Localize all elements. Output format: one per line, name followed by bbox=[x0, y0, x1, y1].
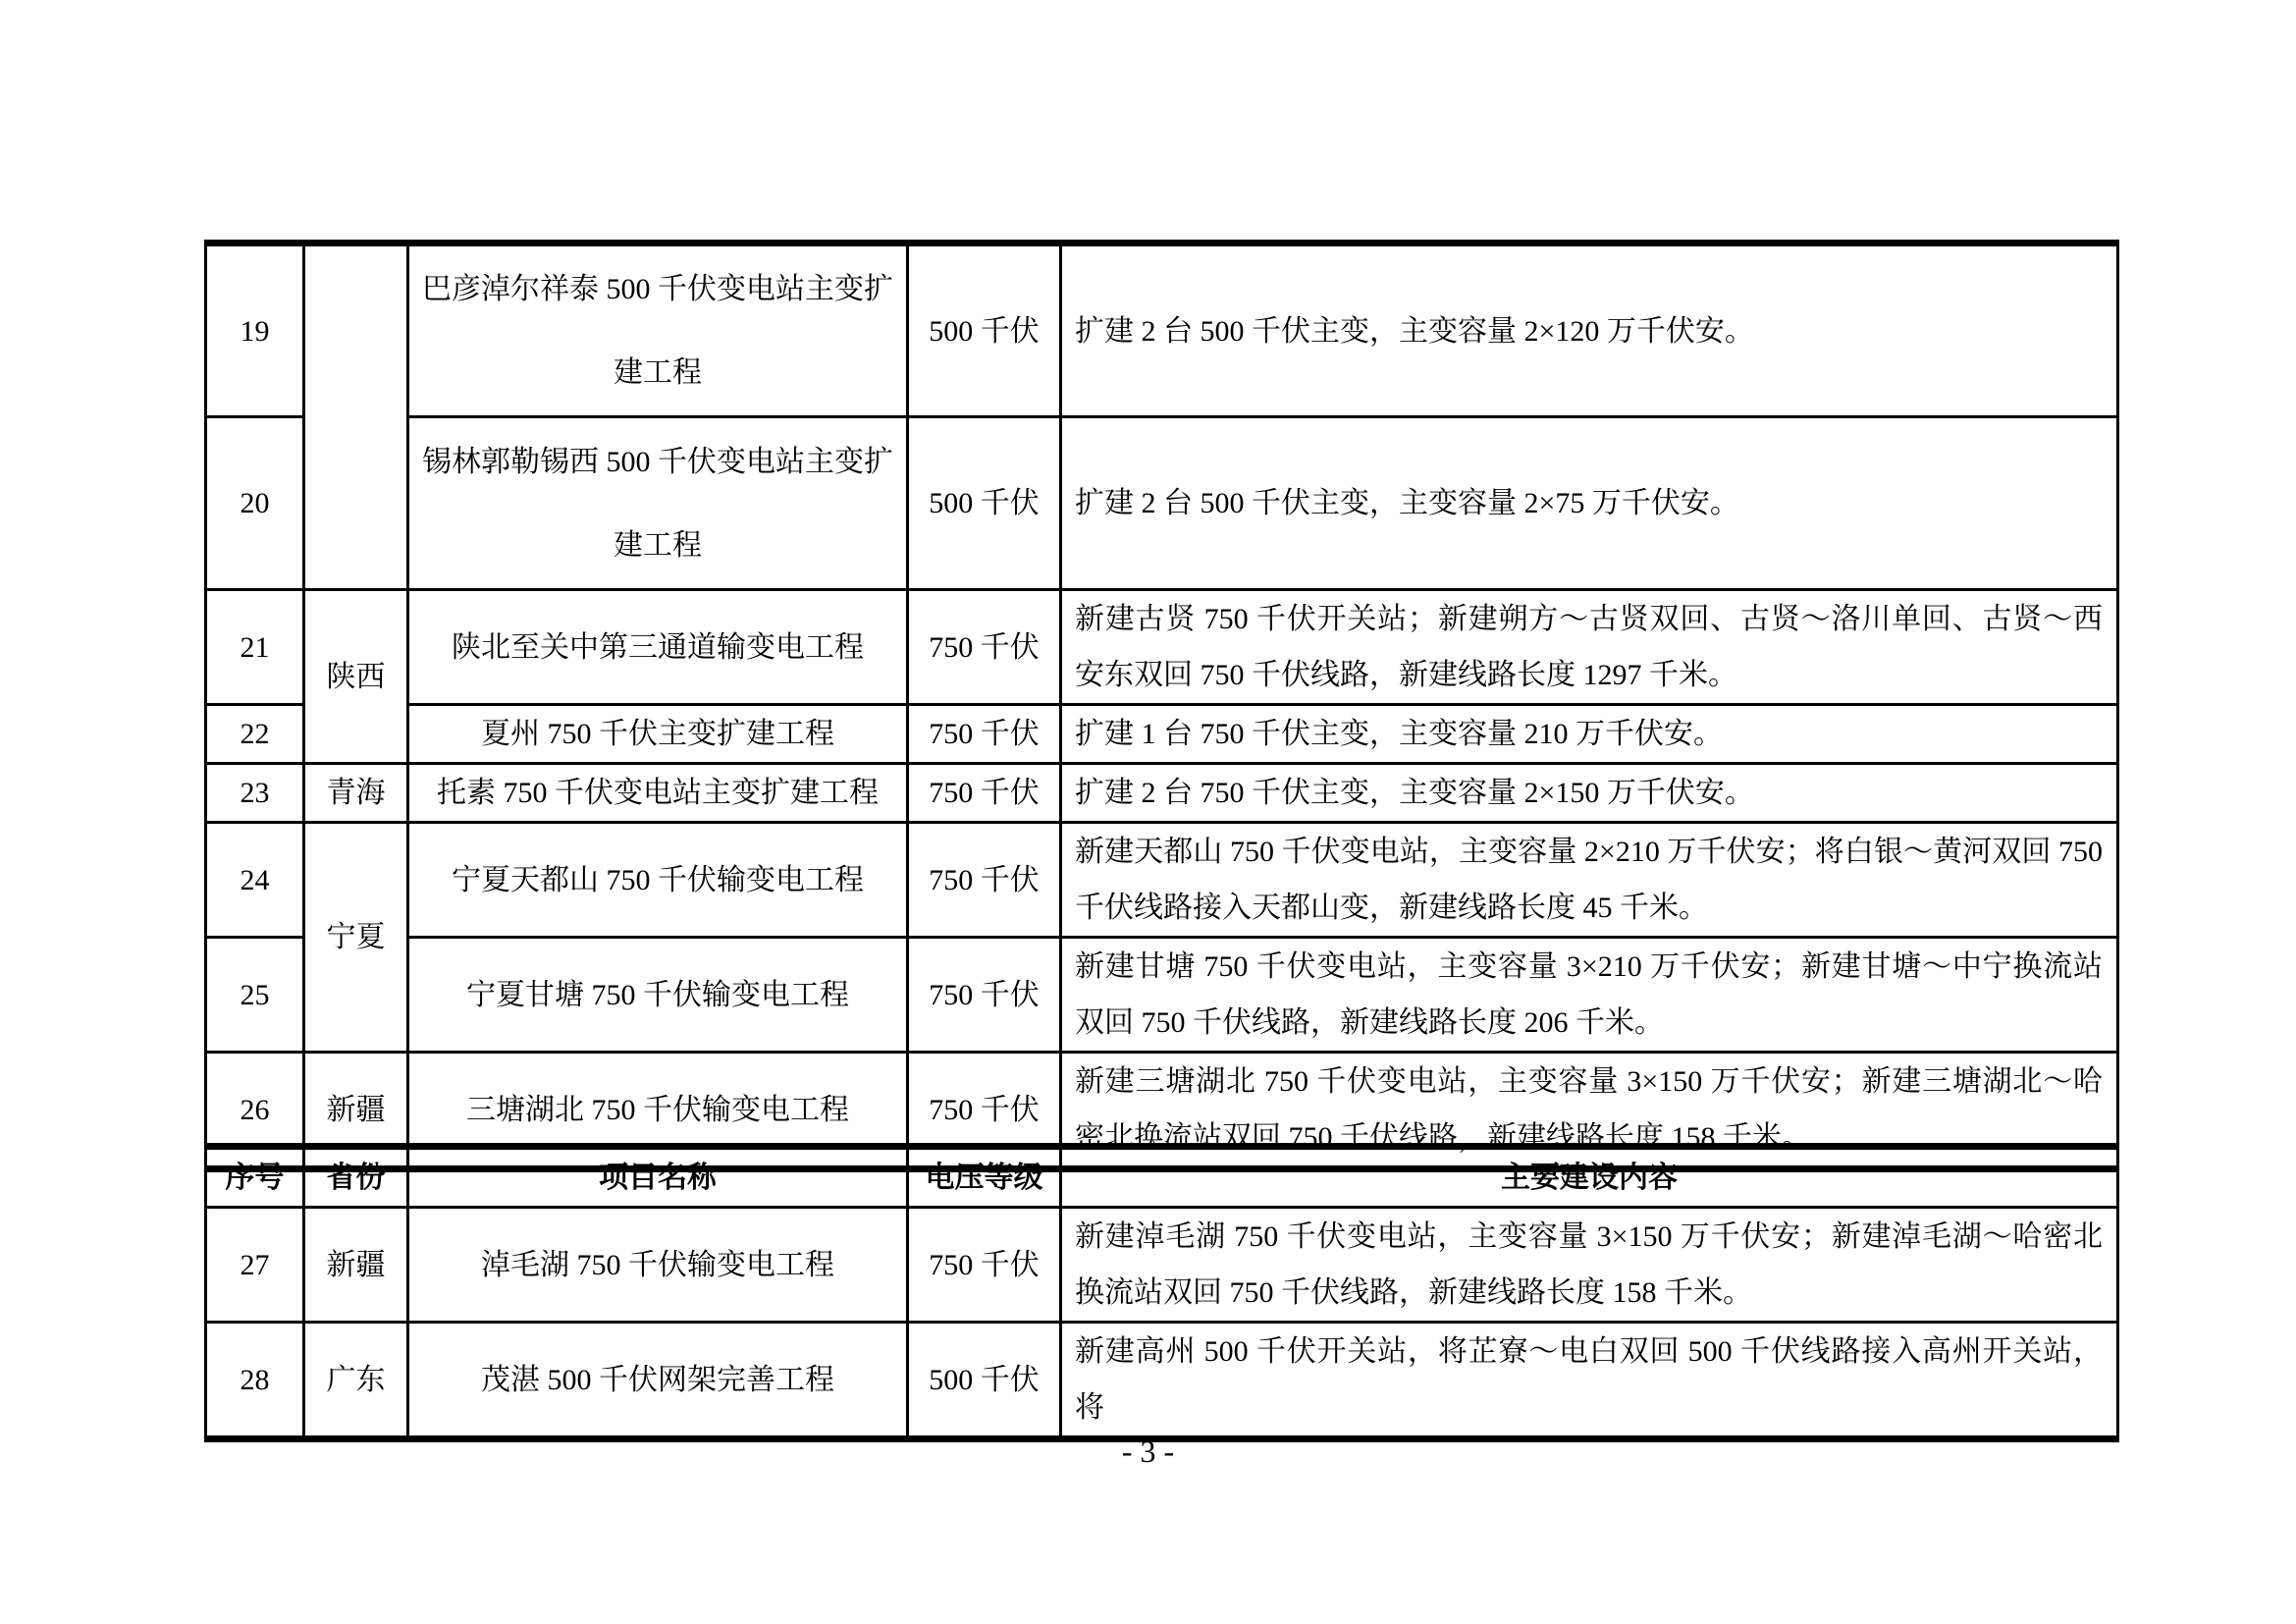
cell-serial: 28 bbox=[206, 1323, 304, 1439]
projects-table-continued: 19 巴彦淖尔祥泰 500 千伏变电站主变扩建工程 500 千伏 扩建 2 台 … bbox=[204, 240, 2119, 1172]
cell-serial: 22 bbox=[206, 705, 304, 764]
cell-voltage: 750 千伏 bbox=[908, 590, 1061, 705]
table-header-row: 序号 省份 项目名称 电压等级 主要建设内容 bbox=[206, 1147, 2118, 1208]
cell-content: 扩建 2 台 500 千伏主变，主变容量 2×75 万千伏安。 bbox=[1061, 417, 2118, 590]
header-content: 主要建设内容 bbox=[1061, 1147, 2118, 1208]
cell-content: 新建古贤 750 千伏开关站；新建朔方～古贤双回、古贤～洛川单回、古贤～西安东双… bbox=[1061, 590, 2118, 705]
cell-voltage: 500 千伏 bbox=[908, 244, 1061, 417]
cell-serial: 23 bbox=[206, 764, 304, 823]
cell-serial: 27 bbox=[206, 1208, 304, 1323]
cell-project-name: 茂湛 500 千伏网架完善工程 bbox=[408, 1323, 908, 1439]
cell-content: 新建天都山 750 千伏变电站，主变容量 2×210 万千伏安；将白银～黄河双回… bbox=[1061, 823, 2118, 938]
cell-content: 新建甘塘 750 千伏变电站，主变容量 3×210 万千伏安；新建甘塘～中宁换流… bbox=[1061, 938, 2118, 1053]
header-project-name: 项目名称 bbox=[408, 1147, 908, 1208]
cell-province: 青海 bbox=[304, 764, 408, 823]
cell-content: 新建淖毛湖 750 千伏变电站，主变容量 3×150 万千伏安；新建淖毛湖～哈密… bbox=[1061, 1208, 2118, 1323]
cell-voltage: 500 千伏 bbox=[908, 1323, 1061, 1439]
cell-project-name: 夏州 750 千伏主变扩建工程 bbox=[408, 705, 908, 764]
header-serial: 序号 bbox=[206, 1147, 304, 1208]
cell-voltage: 750 千伏 bbox=[908, 1208, 1061, 1323]
table-row: 25 宁夏甘塘 750 千伏输变电工程 750 千伏 新建甘塘 750 千伏变电… bbox=[206, 938, 2118, 1053]
document-page: 19 巴彦淖尔祥泰 500 千伏变电站主变扩建工程 500 千伏 扩建 2 台 … bbox=[0, 0, 2296, 1624]
cell-voltage: 750 千伏 bbox=[908, 764, 1061, 823]
cell-project-name: 淖毛湖 750 千伏输变电工程 bbox=[408, 1208, 908, 1323]
cell-voltage: 750 千伏 bbox=[908, 823, 1061, 938]
table-row: 24 宁夏 宁夏天都山 750 千伏输变电工程 750 千伏 新建天都山 750… bbox=[206, 823, 2118, 938]
cell-content: 扩建 1 台 750 千伏主变，主变容量 210 万千伏安。 bbox=[1061, 705, 2118, 764]
cell-serial: 25 bbox=[206, 938, 304, 1053]
header-province: 省份 bbox=[304, 1147, 408, 1208]
table-row: 28 广东 茂湛 500 千伏网架完善工程 500 千伏 新建高州 500 千伏… bbox=[206, 1323, 2118, 1439]
cell-project-name: 陕北至关中第三通道输变电工程 bbox=[408, 590, 908, 705]
cell-serial: 24 bbox=[206, 823, 304, 938]
cell-project-name: 宁夏天都山 750 千伏输变电工程 bbox=[408, 823, 908, 938]
table-row: 19 巴彦淖尔祥泰 500 千伏变电站主变扩建工程 500 千伏 扩建 2 台 … bbox=[206, 244, 2118, 417]
header-voltage: 电压等级 bbox=[908, 1147, 1061, 1208]
cell-voltage: 750 千伏 bbox=[908, 705, 1061, 764]
cell-content: 扩建 2 台 500 千伏主变，主变容量 2×120 万千伏安。 bbox=[1061, 244, 2118, 417]
cell-province bbox=[304, 244, 408, 590]
cell-project-name: 巴彦淖尔祥泰 500 千伏变电站主变扩建工程 bbox=[408, 244, 908, 417]
cell-project-name: 锡林郭勒锡西 500 千伏变电站主变扩建工程 bbox=[408, 417, 908, 590]
cell-province: 新疆 bbox=[304, 1208, 408, 1323]
cell-voltage: 500 千伏 bbox=[908, 417, 1061, 590]
cell-serial: 19 bbox=[206, 244, 304, 417]
cell-voltage: 750 千伏 bbox=[908, 938, 1061, 1053]
table-row: 22 夏州 750 千伏主变扩建工程 750 千伏 扩建 1 台 750 千伏主… bbox=[206, 705, 2118, 764]
cell-province: 陕西 bbox=[304, 590, 408, 764]
cell-province: 广东 bbox=[304, 1323, 408, 1439]
page-number: - 3 - bbox=[0, 1434, 2296, 1470]
table-row: 23 青海 托素 750 千伏变电站主变扩建工程 750 千伏 扩建 2 台 7… bbox=[206, 764, 2118, 823]
cell-content: 扩建 2 台 750 千伏主变，主变容量 2×150 万千伏安。 bbox=[1061, 764, 2118, 823]
cell-content: 新建高州 500 千伏开关站，将芷寮～电白双回 500 千伏线路接入高州开关站，… bbox=[1061, 1323, 2118, 1439]
projects-table: 序号 省份 项目名称 电压等级 主要建设内容 27 新疆 淖毛湖 750 千伏输… bbox=[204, 1143, 2119, 1442]
cell-serial: 20 bbox=[206, 417, 304, 590]
table-row: 20 锡林郭勒锡西 500 千伏变电站主变扩建工程 500 千伏 扩建 2 台 … bbox=[206, 417, 2118, 590]
table-row: 27 新疆 淖毛湖 750 千伏输变电工程 750 千伏 新建淖毛湖 750 千… bbox=[206, 1208, 2118, 1323]
cell-project-name: 托素 750 千伏变电站主变扩建工程 bbox=[408, 764, 908, 823]
cell-serial: 21 bbox=[206, 590, 304, 705]
cell-province: 宁夏 bbox=[304, 823, 408, 1053]
cell-project-name: 宁夏甘塘 750 千伏输变电工程 bbox=[408, 938, 908, 1053]
table-row: 21 陕西 陕北至关中第三通道输变电工程 750 千伏 新建古贤 750 千伏开… bbox=[206, 590, 2118, 705]
